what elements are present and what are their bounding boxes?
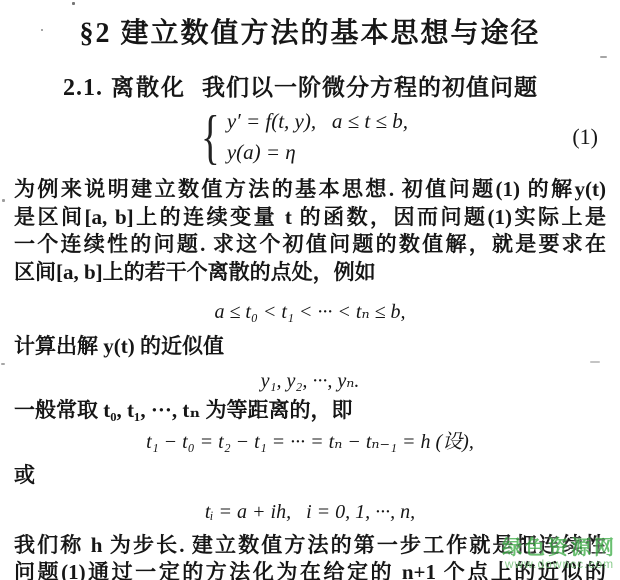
section-term: 离散化 bbox=[111, 75, 186, 100]
text-or: 或 bbox=[14, 462, 606, 490]
paragraph1-line1: 为例来说明建立数值方法的基本思想. 初值问题(1) 的解y(t) bbox=[14, 176, 606, 204]
display-math-spacing: t₁ − t₀ = t₂ − t₁ = ··· = tₙ − tₙ₋₁ = h … bbox=[0, 429, 620, 455]
scan-artifact bbox=[1, 363, 5, 365]
paragraph2-line2: 问题(1)通过一定的方法化为在给定的 n+1 个点上的近似的 bbox=[14, 559, 606, 580]
scan-artifact bbox=[72, 2, 75, 5]
scan-artifact bbox=[2, 199, 5, 202]
text-compute-approx: 计算出解 y(t) 的近似值 bbox=[14, 333, 606, 361]
scan-artifact bbox=[41, 29, 43, 31]
paragraph1-line3: 一个连续性的问题. 求这个初值问题的数值解，就是要求在 bbox=[14, 231, 606, 259]
textbook-page: §2 建立数值方法的基本思想与途径 2.1.离散化我们以一阶微分方程的初值问题 … bbox=[0, 0, 620, 580]
section-heading: 2.1.离散化我们以一阶微分方程的初值问题 bbox=[63, 69, 606, 100]
left-brace-glyph: { bbox=[201, 107, 220, 167]
equation-1-line2: y(a) = η bbox=[227, 140, 296, 164]
paragraph2-line1: 我们称 h 为步长. 建立数值方法的第一步工作就是把连续性 bbox=[14, 531, 606, 560]
equation-1-line1: y′ = f(t, y), a ≤ t ≤ b, bbox=[227, 109, 408, 133]
equation-1-lines: y′ = f(t, y), a ≤ t ≤ b,y(a) = η bbox=[227, 106, 408, 168]
equation-1-number: (1) bbox=[572, 124, 598, 150]
display-math-nodes: tᵢ = a + ih, i = 0, 1, ···, n, bbox=[0, 499, 620, 525]
paragraph1-line4: 区间[a, b]上的若干个离散的点处，例如 bbox=[14, 259, 606, 287]
text-equidistant: 一般常取 t₀, t₁, ···, tₙ 为等距离的，即 bbox=[14, 397, 606, 425]
paragraph1-line2: 是区间[a, b]上的连续变量 t 的函数，因而问题(1)实际上是 bbox=[14, 204, 606, 232]
section-intro-text: 我们以一阶微分方程的初值问题 bbox=[202, 75, 538, 100]
section-number: 2.1. bbox=[63, 75, 103, 101]
display-math-approx-values: y₁, y₂, ···, yₙ. bbox=[0, 368, 620, 394]
scan-artifact bbox=[590, 361, 600, 363]
page-title: §2 建立数值方法的基本思想与途径 bbox=[0, 0, 620, 48]
display-math-partition: a ≤ t₀ < t₁ < ··· < tₙ ≤ b, bbox=[0, 299, 620, 325]
scan-artifact bbox=[600, 56, 607, 58]
equation-1-body: { y′ = f(t, y), a ≤ t ≤ b,y(a) = η bbox=[196, 106, 408, 168]
equation-1-block: { y′ = f(t, y), a ≤ t ≤ b,y(a) = η (1) bbox=[0, 105, 620, 171]
